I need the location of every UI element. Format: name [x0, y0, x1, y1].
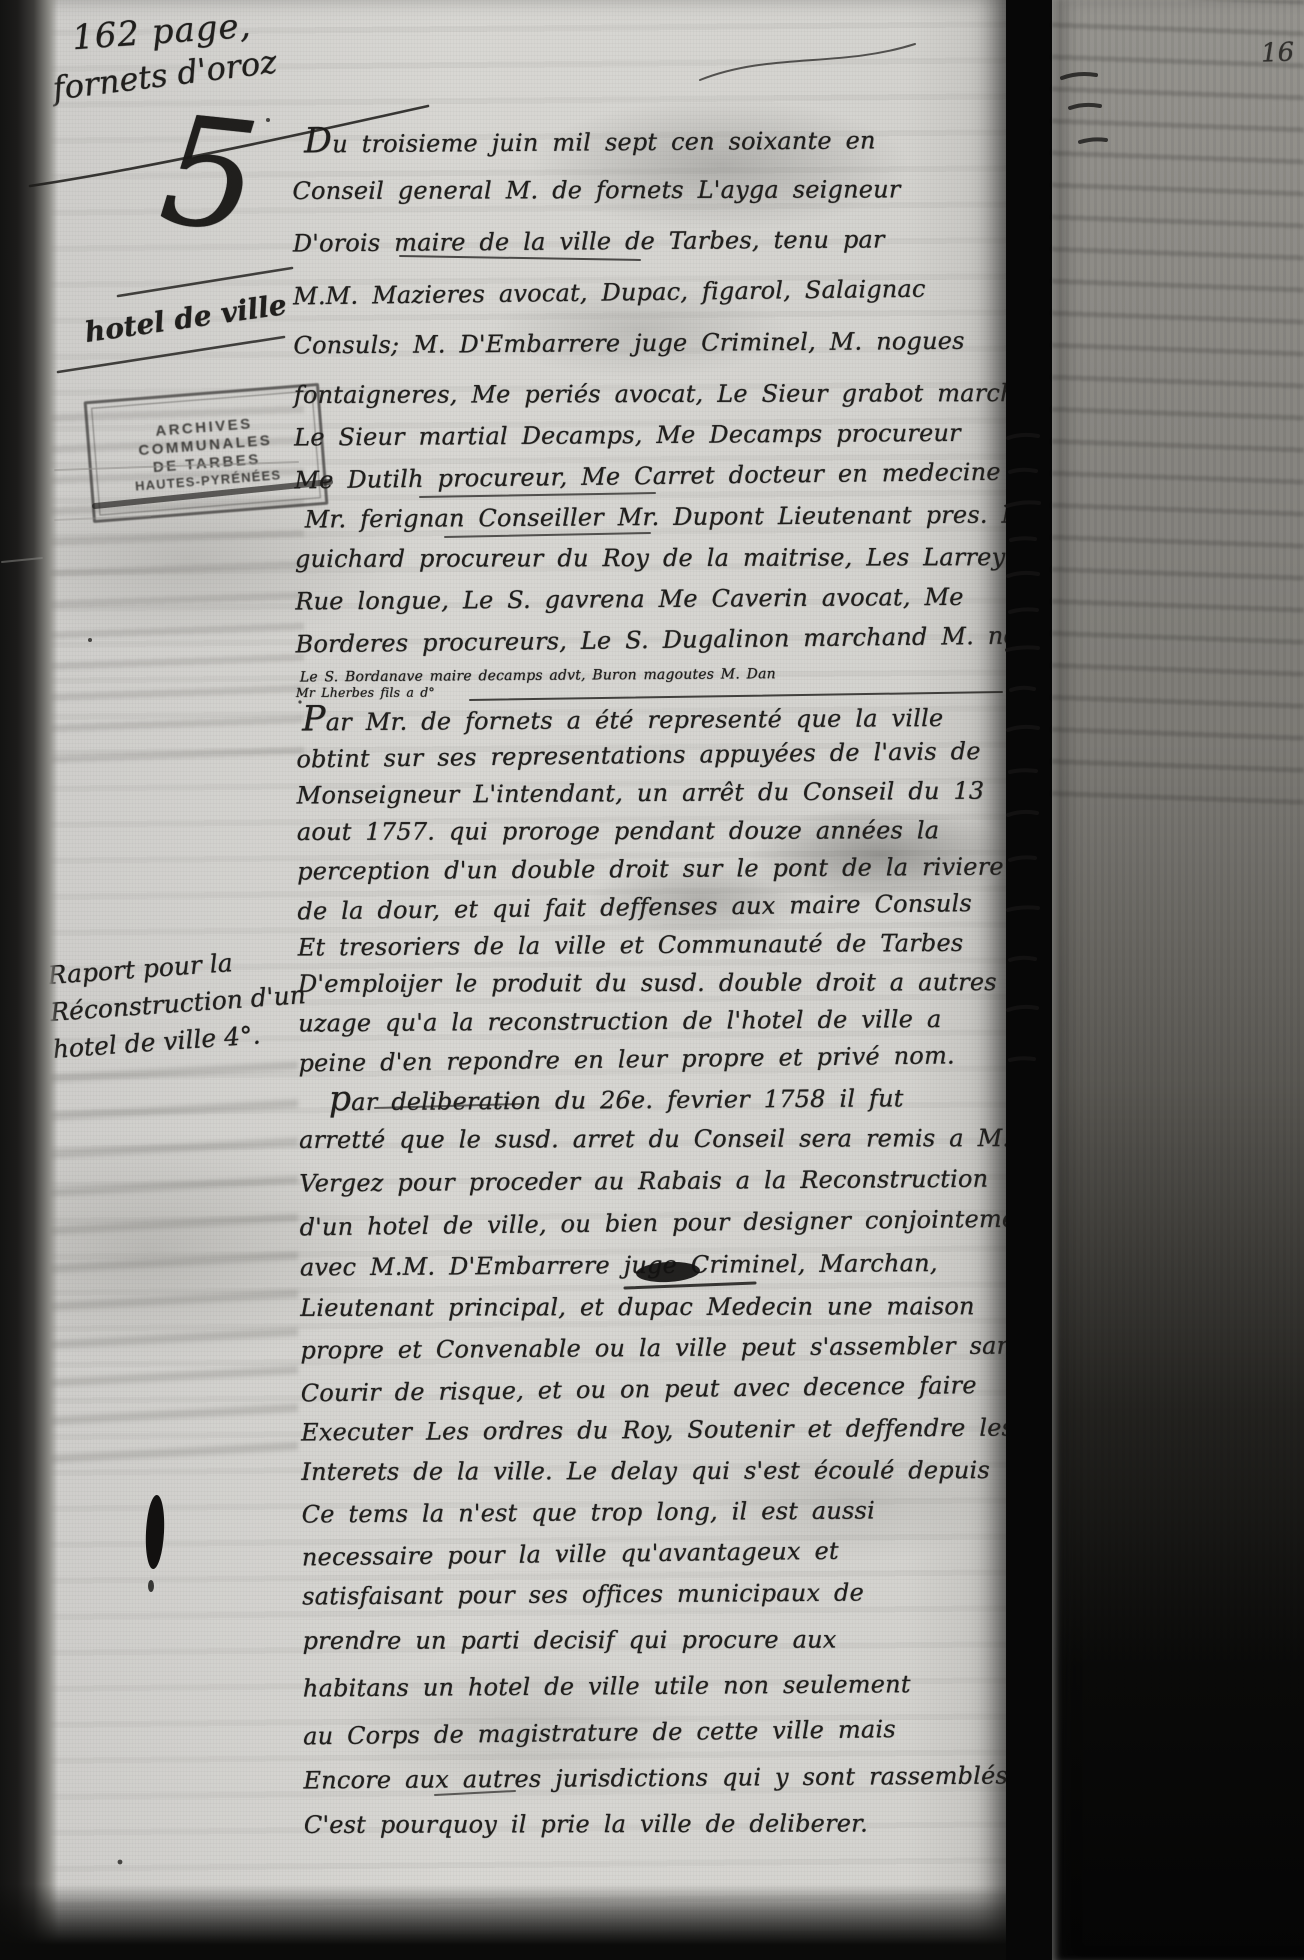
manuscript-line: Et tresoriers de la ville et Communauté …	[298, 930, 1014, 973]
manuscript-line: aout 1757. qui proroge pendant douze ann…	[297, 817, 1013, 857]
entry-number: 5	[154, 95, 265, 254]
manuscript-line: fontaigneres, Me periés avocat, Le Sieur…	[294, 380, 1010, 423]
manuscript-line: Monseigneur L'intendant, un arrêt du Con…	[297, 778, 1013, 821]
manuscript-line: D'emploijer le produit du susd. double d…	[298, 969, 1014, 1009]
page-bottom-edge	[0, 1884, 1006, 1960]
facing-page-number: 16	[1260, 37, 1294, 68]
manuscript-line: guichard procureur du Roy de la maitrise…	[295, 544, 1011, 587]
archive-stamp: ARCHIVES COMMUNALES DE TARBES HAUTES-PYR…	[84, 383, 329, 523]
manuscript-line: arretté que le susd. arret du Conseil se…	[299, 1125, 1015, 1169]
manuscript-line: Conseil general M. de fornets L'ayga sei…	[292, 176, 1008, 229]
manuscript-line: Du troisieme juin mil sept cen soixante …	[292, 124, 1008, 180]
book-gutter-shadow	[1006, 0, 1052, 1960]
manuscript-line: Executer Les ordres du Roy, Soutenir et …	[301, 1414, 1017, 1460]
manuscript-line: Courir de risque, et ou on peut avec dec…	[301, 1372, 1017, 1422]
manuscript-line: M.M. Mazieres avocat, Dupac, figarol, Sa…	[293, 275, 1010, 335]
manuscript-line: Borderes procureurs, Le S. Dugalinon mar…	[295, 623, 1011, 673]
manuscript-line: D'orois maire de la ville de Tarbes, ten…	[293, 226, 1009, 282]
manuscript-body: Du troisieme juin mil sept cen soixante …	[292, 124, 1020, 1860]
manuscript-line: Mr Lherbes fils a d°	[296, 684, 1012, 705]
facing-page-edge: 16	[1052, 0, 1304, 1960]
manuscript-line: necessaire pour la ville qu'avantageux e…	[302, 1536, 1018, 1586]
manuscript-line: par deliberation du 26e. fevrier 1758 il…	[299, 1081, 1015, 1128]
manuscript-line: Ce tems la n'est que trop long, il est a…	[302, 1496, 1018, 1542]
manuscript-scan: 162 page, fornets d'oroz 5 hotel de vill…	[0, 0, 1304, 1960]
manuscript-line: Lieutenant principal, et dupac Medecin u…	[300, 1293, 1016, 1336]
manuscript-line: au Corps de magistrature de cette ville …	[303, 1715, 1020, 1770]
manuscript-page: 162 page, fornets d'oroz 5 hotel de vill…	[0, 0, 1006, 1960]
manuscript-line: satisfaisant pour ses offices municipaux…	[302, 1578, 1018, 1629]
manuscript-line: avec M.M. D'Embarrere juge Criminel, Mar…	[300, 1249, 1016, 1296]
manuscript-line: C'est pourquoy il prie la ville de delib…	[304, 1810, 1020, 1858]
margin-heading: hotel de ville	[83, 288, 289, 349]
manuscript-line: prendre un parti decisif qui procure aux	[303, 1626, 1019, 1674]
manuscript-line: Me Dutilh procureur, Me Carret docteur e…	[294, 459, 1010, 509]
manuscript-line: Mr. ferignan Conseiller Mr. Dupont Lieut…	[295, 502, 1011, 548]
manuscript-line: d'un hotel de ville, ou bien pour design…	[299, 1206, 1015, 1257]
manuscript-line: Consuls; M. D'Embarrere juge Criminel, M…	[293, 328, 1009, 384]
book-binding-edge	[0, 0, 58, 1960]
manuscript-line: Encore aux autres jurisdictions qui y so…	[303, 1762, 1019, 1813]
manuscript-line: habitans un hotel de ville utile non seu…	[303, 1670, 1019, 1721]
manuscript-line: Interets de la ville. Le delay qui s'est…	[301, 1457, 1017, 1500]
ink-bleedthrough-lower	[46, 1050, 298, 1480]
margin-note-report: Raport pour la Réconstruction d'un hotel…	[46, 939, 309, 1068]
